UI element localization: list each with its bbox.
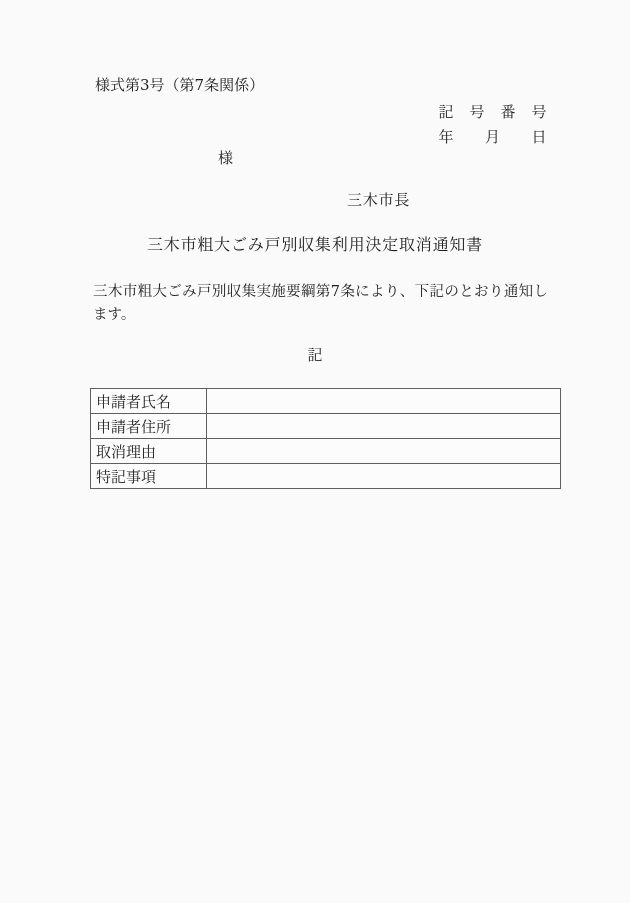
table-row-applicant-name: 申請者氏名 <box>91 389 561 414</box>
date-line: 年 月 日 <box>438 128 547 146</box>
form-number-label: 様式第3号（第7条関係） <box>95 76 264 94</box>
table-row-cancellation-reason: 取消理由 <box>91 439 561 464</box>
row-label: 申請者住所 <box>91 414 207 439</box>
row-value <box>207 464 561 489</box>
document-page: 様式第3号（第7条関係） 記 号 番 号 年 月 日 様 三木市長 三木市粗大ご… <box>0 0 630 903</box>
table-row-special-notes: 特記事項 <box>91 464 561 489</box>
row-label: 申請者氏名 <box>91 389 207 414</box>
row-label: 特記事項 <box>91 464 207 489</box>
applicant-info-table: 申請者氏名 申請者住所 取消理由 特記事項 <box>90 388 561 489</box>
sender-title: 三木市長 <box>347 191 410 209</box>
row-value <box>207 439 561 464</box>
body-paragraph: 三木市粗大ごみ戸別収集実施要綱第7条により、下記のとおり通知します。 <box>93 281 548 327</box>
row-value <box>207 414 561 439</box>
row-value <box>207 389 561 414</box>
section-heading-ki: 記 <box>0 346 630 364</box>
document-title: 三木市粗大ごみ戸別収集利用決定取消通知書 <box>0 235 630 254</box>
reference-number-line: 記 号 番 号 <box>438 103 547 121</box>
row-label: 取消理由 <box>91 439 207 464</box>
table-row-applicant-address: 申請者住所 <box>91 414 561 439</box>
addressee-honorific: 様 <box>218 149 233 167</box>
